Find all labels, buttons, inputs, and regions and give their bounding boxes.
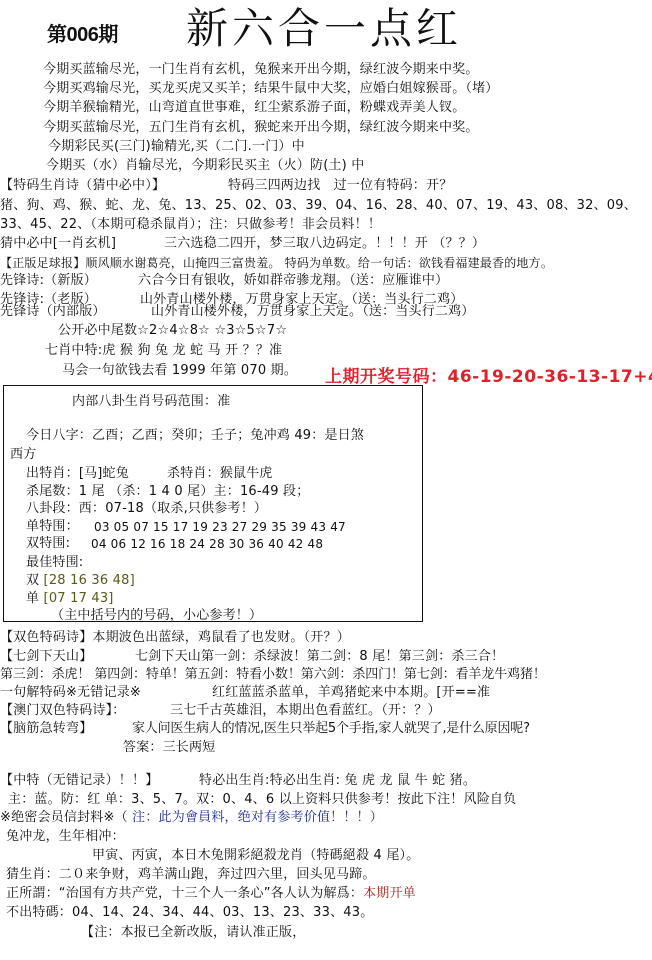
one-sentence-text: 红红蓝蓝杀蓝单，羊鸡猪蛇来中本期。[开==准 — [212, 685, 490, 701]
tema-numbers: 33、45、22、（本期可稳杀鼠肖）；注：只做参考！非会员料！！ — [0, 217, 381, 233]
saying: 正所謂：“治国有方共产党，十三个人一条心”各人认为解爲：本期开单 — [6, 886, 416, 902]
guess-zodiac: 猜生肖：二０来争财，鸡羊满山跑，奔过四六里，回头见马蹄。 — [6, 867, 376, 883]
tema-numbers: 猪、狗、鸡、猴、蛇、龙、兔、13、25、02、03、39、04、16、28、40… — [0, 198, 637, 214]
last-draw-label: 上期开奖号码： — [325, 367, 448, 387]
seven-swords-line: 第三剑：杀虎！ 第四剑：特单！第五剑：特看小数！第六剑：杀四门！第七剑：看羊龙牛… — [0, 667, 546, 683]
best-even-numbers: [28 16 36 48] — [44, 573, 135, 588]
brain-teaser-answer: 答案：三长两短 — [123, 740, 215, 756]
bagua-title: 内部八卦生肖号码范围：准 — [72, 394, 230, 410]
intro-line: 今期羊猴输精光，山弯道直世事难，红尘萦系游子面，粉蝶戏弄美人钗。 — [43, 100, 465, 116]
best-odd: 单 [07 17 43] — [26, 591, 114, 607]
last-draw: 上期开奖号码：46-19-20-36-13-17+43 — [325, 362, 652, 387]
bagua-box: 内部八卦生肖号码范围：准 今日八字：乙酉；乙酉；癸卯；壬子；兔冲鸡 49：是日煞… — [3, 385, 423, 622]
bagua-note: （主中括号内的号码，小心参考！） — [51, 608, 262, 624]
brain-teaser-label: 【脑筋急转弯】 — [0, 721, 92, 737]
best-odd-label: 单 — [26, 591, 39, 606]
guess-text: 三六选稳二四开，梦三取八边码定。！！！开 （？？） — [164, 236, 485, 252]
intro-line: 今期买蓝输尽光，五门生肖有玄机，猴蛇来开出今期，绿红波今期来中奖。 — [43, 120, 479, 136]
horse-club-hint: 马会一句欲钱去看 1999 年第 070 期。 — [62, 363, 297, 379]
one-sentence-label: 一句解特码※无错记录※ — [0, 685, 141, 701]
last-draw-numbers: 46-19-20-36-13-17+43 — [448, 367, 652, 387]
odd-range-label: 单特围： — [26, 519, 79, 535]
even-range-numbers: 04 06 12 16 18 24 28 30 36 40 42 48 — [91, 536, 323, 552]
pioneer-text: 六合今日有银收，娇如群帝骖龙翔。（送：应雁谁中） — [138, 273, 448, 289]
pioneer-label: 先锋诗:（新版） — [0, 273, 97, 289]
seven-swords-label: 【七剑下天山】 — [0, 649, 92, 665]
out-zodiac-value: [马]蛇兔 — [79, 466, 129, 481]
bagua-segment: 八卦段：西：07-18（取杀,只供参考！） — [26, 501, 267, 517]
even-range-label: 双特围: — [26, 536, 70, 552]
intro-line: 今期买蓝输尽光，一门生肖有玄机，兔猴来开出今期，绿红波今期来中奖。 — [43, 62, 479, 78]
saying-prefix: 正所謂：“治国有方共产党，十三个人一条心”各人认为解爲： — [6, 886, 363, 901]
seven-zodiac: 七肖中特:虎 猴 狗 兔 龙 蛇 马 开 ？？准 — [45, 343, 282, 359]
out-zodiac-label: 出特肖： — [26, 466, 79, 481]
best-range-label: 最佳特围: — [26, 555, 83, 571]
tema-poem-label: 【特码生肖诗（猜中必中）】 — [0, 178, 165, 194]
zhongte-label: 【中特（无错记录）！！】 — [0, 773, 158, 789]
tema-poem-text: 特码三四两边找 过一位有特码：开？ — [228, 178, 452, 194]
intro-line: 今期买鸡输尽光，买龙买虎又买羊；结果牛鼠中大奖，应婚白姐嫁猴哥。（堵） — [43, 81, 499, 97]
intro-line: 今期买（水）肖输尽光，今期彩民买主（火）防(土) 中 — [46, 158, 364, 174]
kill-zodiac-label: 杀特肖： — [167, 466, 220, 481]
odd-range-numbers: 03 05 07 15 17 19 23 27 29 35 39 43 47 — [94, 519, 346, 535]
zhongte-line2: 主：蓝。防：红 单：3、5、7。双：0、4、6 以上资料只供参考！按此下注！风险… — [8, 792, 516, 808]
out-zodiac: 出特肖：[马]蛇兔 — [26, 466, 129, 482]
bazi-line: 西方 — [10, 447, 36, 463]
best-even: 双 [28 16 36 48] — [26, 573, 135, 589]
zhongte-text: 特必出生肖:特必出生肖: 兔 虎 龙 鼠 牛 蛇 猪。 — [199, 773, 476, 789]
kill-zodiac-value: 猴鼠牛虎 — [220, 466, 273, 481]
guess-label: 猜中必中[一肖玄机] — [0, 236, 116, 252]
tail-numbers: 公开必中尾数☆2☆4☆8☆ ☆3☆5☆7☆ — [58, 323, 287, 339]
dual-color-poem: 【双色特码诗】本期波色出蓝绿，鸡鼠看了也发财。（开？） — [0, 630, 350, 646]
best-odd-numbers: [07 17 43] — [44, 591, 114, 606]
member-line: 甲寅、丙寅，本日木兔開彩絕殺龙肖（特碼絕殺 4 尾）。 — [92, 848, 419, 864]
issue-number: 第006期 — [47, 18, 118, 47]
pioneer-text: 山外青山楼外楼，万贯身家上天定。（送：当头行二鸡） — [151, 304, 475, 320]
brain-teaser-question: 家人问医生病人的情况,医生只举起5个手指,家人就哭了,是什么原因呢? — [132, 721, 530, 737]
seven-swords-line: 七剑下天山第一剑：杀绿波！第二剑：8 尾！第三剑：杀三合！ — [135, 649, 504, 665]
kill-zodiac: 杀特肖：猴鼠牛虎 — [167, 466, 273, 482]
member-note: 注：此为會員料，绝对有参考价值！！！） — [132, 810, 383, 825]
bazi-line: 今日八字：乙酉；乙酉；癸卯；壬子；兔冲鸡 49：是日煞 — [26, 428, 364, 444]
kill-tail: 杀尾数：1 尾 （杀：1 4 0 尾）主：16-49 段； — [26, 484, 309, 500]
member-label: ※绝密会员信封料※（ — [0, 810, 128, 825]
member-line: 兔冲龙，生年相冲： — [6, 829, 125, 845]
best-even-label: 双 — [26, 573, 39, 588]
footer-note: 【注：本报已全新改版，请认准正版， — [81, 925, 305, 941]
member-section: ※绝密会员信封料※（ 注：此为會員料，绝对有参考价值！！！） — [0, 810, 383, 826]
page-title: 新六合一点红 — [186, 4, 462, 54]
macau-poem-text: 三七千古英雄泪，本期出色看蓝红。（开：？） — [170, 703, 441, 719]
football-report: 【正版足球报】顺风顺水谢葛亮，山掩四三富贵羞。 特码为单数。给一句话：欲钱看福建… — [0, 255, 553, 271]
not-out-numbers: 不出特碼：04、14、24、34、44、03、13、23、33、43。 — [6, 905, 373, 921]
intro-line: 今期彩民买(三门)输精光,买（二门.一门）中 — [48, 139, 305, 155]
saying-answer: 本期开单 — [363, 886, 416, 901]
pioneer-label: 先锋诗（内部版） — [0, 304, 106, 320]
macau-poem-label: 【澳门双色特码诗】： — [0, 703, 126, 719]
